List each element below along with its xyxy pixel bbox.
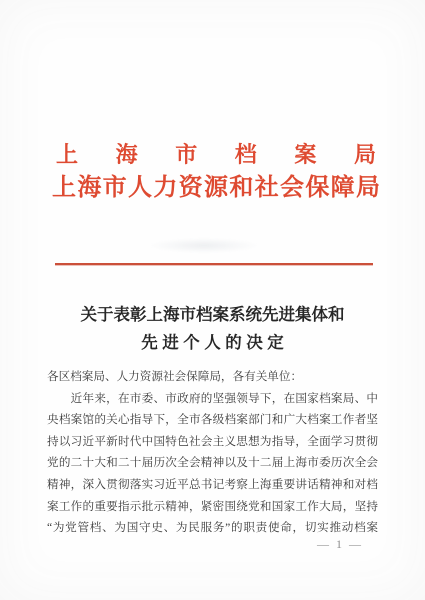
- document-page: 上海市档案局 上海市人力资源和社会保障局 关于表彰上海市档案系统先进集体和 先进…: [0, 0, 425, 600]
- body-line: 近年来，在市委、市政府的坚强领导下，在国家档案局、中: [47, 388, 378, 410]
- body-salutation-line: 各区档案局、人力资源社会保障局，各有关单位：: [47, 366, 378, 388]
- body-line: 案工作的重要指示批示精神，紧密围绕党和国家工作大局，坚持: [47, 496, 378, 518]
- body-line: 央档案馆的关心指导下，全市各级档案部门和广大档案工作者坚: [47, 409, 378, 431]
- title-line1: 关于表彰上海市档案系统先进集体和: [0, 301, 425, 329]
- body-line: “为党管档、为国守史、为民服务”的职责使命，切实推动档案: [47, 517, 378, 539]
- document-title: 关于表彰上海市档案系统先进集体和 先进个人的决定: [0, 301, 425, 357]
- faint-scan-artifact: [148, 238, 260, 253]
- document-body: 各区档案局、人力资源社会保障局，各有关单位： 近年来，在市委、市政府的坚强领导下…: [47, 366, 378, 539]
- body-line: 党的二十大和二十届历次全会精神以及十二届上海市委历次全会: [47, 452, 378, 474]
- red-divider-rule: [55, 263, 373, 265]
- body-line: 精神，深入贯彻落实习近平总书记考察上海重要讲话精神和对档: [47, 474, 378, 496]
- issuer-agency-line2: 上海市人力资源和社会保障局: [52, 174, 380, 203]
- body-line: 持以习近平新时代中国特色社会主义思想为指导，全面学习贯彻: [47, 431, 378, 453]
- page-number: — 1 —: [312, 537, 368, 552]
- issuer-agency-line1: 上海市档案局: [56, 142, 376, 168]
- title-line2: 先进个人的决定: [0, 329, 425, 357]
